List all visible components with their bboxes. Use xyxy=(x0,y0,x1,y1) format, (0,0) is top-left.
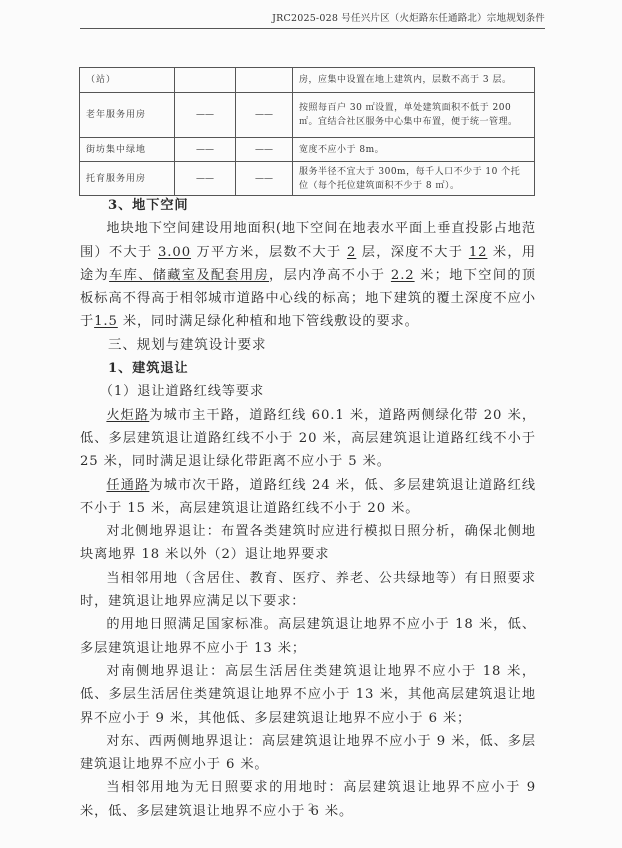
heading-setback: 1、建筑退让 xyxy=(80,357,536,380)
table-cell-requirement: 宽度不应小于 8m。 xyxy=(293,138,535,162)
table-cell-name: 老年服务用房 xyxy=(80,93,175,138)
road-name-rentong: 任通路 xyxy=(106,478,149,493)
text: 为城市主干路，道路红线 60.1 米，道路两侧绿化带 20 米，低、多层建筑退让… xyxy=(80,408,536,470)
value-floors: 2 xyxy=(347,245,356,260)
facilities-table: （站） 房，应集中设置在地上建筑内，层数不高于 3 层。 老年服务用房 —— —… xyxy=(79,67,535,196)
text: 米，同时满足绿化种植和地下管线敷设的要求。 xyxy=(118,314,419,329)
paragraph-road1: 火炬路为城市主干路，道路红线 60.1 米，道路两侧绿化带 20 米，低、多层建… xyxy=(80,404,536,474)
value-height: 2.2 xyxy=(391,268,415,283)
table-cell-col2: —— xyxy=(175,138,236,162)
table-cell-col3: —— xyxy=(236,162,293,196)
text: ，层内净高不小于 xyxy=(269,268,391,283)
paragraph-east-west: 对东、西两侧地界退让：高层建筑退让地界不应小于 9 米，低、多层建筑退让地界不应… xyxy=(80,730,536,777)
document-header: JRC2025-028 号任兴片区（火炬路东任通路北）宗地规划条件 xyxy=(80,10,545,29)
road-name-huoju: 火炬路 xyxy=(106,408,149,423)
paragraph-no-sun: 当相邻用地为无日照要求的用地时：高层建筑退让地界不应小于 9 米，低、多层建筑退… xyxy=(80,776,536,823)
table-cell-name: （站） xyxy=(80,68,175,93)
paragraph-north: 对北侧地界退让：布置各类建筑时应进行模拟日照分析，确保北侧地块离地界 18 米以… xyxy=(80,520,536,567)
table-cell-requirement: 房，应集中设置在地上建筑内，层数不高于 3 层。 xyxy=(293,68,535,93)
page-number: 2 xyxy=(0,803,622,814)
table-row: 街坊集中绿地 —— —— 宽度不应小于 8m。 xyxy=(80,138,535,162)
paragraph-south: 对南侧地界退让：高层生活居住类建筑退让地界不应小于 18 米，低、多层生活居住类… xyxy=(80,660,536,730)
table-cell-name: 托育服务用房 xyxy=(80,162,175,196)
text: 层，深度不大于 xyxy=(356,245,469,260)
text: 万平方米，层数不大于 xyxy=(191,245,347,260)
heading-road-setback: （1）退让道路红线等要求 xyxy=(80,380,536,403)
table-row: 托育服务用房 —— —— 服务半径不宜大于 300m，每千人口不少于 10 个托… xyxy=(80,162,535,196)
table-row: 老年服务用房 —— —— 按照每百户 30 ㎡设置，单处建筑面积不低于 200 … xyxy=(80,93,535,138)
table-cell-col3 xyxy=(236,68,293,93)
heading-section-3: 三、规划与建筑设计要求 xyxy=(80,334,536,357)
table-cell-col2 xyxy=(175,68,236,93)
paragraph-underground: 地块地下空间建设用地面积(地下空间在地表水平面上垂直投影占地范围）不大于 3.0… xyxy=(80,217,536,333)
paragraph-sun-standard: 的用地日照满足国家标准。高层建筑退让地界不应小于 18 米，低、多层建筑退让地界… xyxy=(80,613,536,660)
document-body: 3、地下空间 地块地下空间建设用地面积(地下空间在地表水平面上垂直投影占地范围）… xyxy=(80,194,536,823)
value-area: 3.00 xyxy=(158,245,191,260)
table-cell-requirement: 按照每百户 30 ㎡设置，单处建筑面积不低于 200 ㎡。宜结合社区服务中心集中… xyxy=(293,93,535,138)
table-cell-requirement: 服务半径不宜大于 300m，每千人口不少于 10 个托位（每个托位建筑面积不少于… xyxy=(293,162,535,196)
heading-underground: 3、地下空间 xyxy=(80,194,536,217)
table-cell-col2: —— xyxy=(175,93,236,138)
table-cell-col3: —— xyxy=(236,138,293,162)
value-use: 车库、储藏室及配套用房 xyxy=(109,268,269,283)
value-soil: 1.5 xyxy=(94,314,118,329)
value-depth: 12 xyxy=(469,245,488,260)
paragraph-adjacent-sun: 当相邻用地（含居住、教育、医疗、养老、公共绿地等）有日照要求时，建筑退让地界应满… xyxy=(80,567,536,614)
table-row: （站） 房，应集中设置在地上建筑内，层数不高于 3 层。 xyxy=(80,68,535,93)
table-cell-col3: —— xyxy=(236,93,293,138)
table-cell-col2: —— xyxy=(175,162,236,196)
paragraph-road2: 任通路为城市次干路，道路红线 24 米，低、多层建筑退让道路红线不小于 15 米… xyxy=(80,474,536,521)
text: 为城市次干路，道路红线 24 米，低、多层建筑退让道路红线不小于 15 米，高层… xyxy=(80,478,536,516)
table-cell-name: 街坊集中绿地 xyxy=(80,138,175,162)
